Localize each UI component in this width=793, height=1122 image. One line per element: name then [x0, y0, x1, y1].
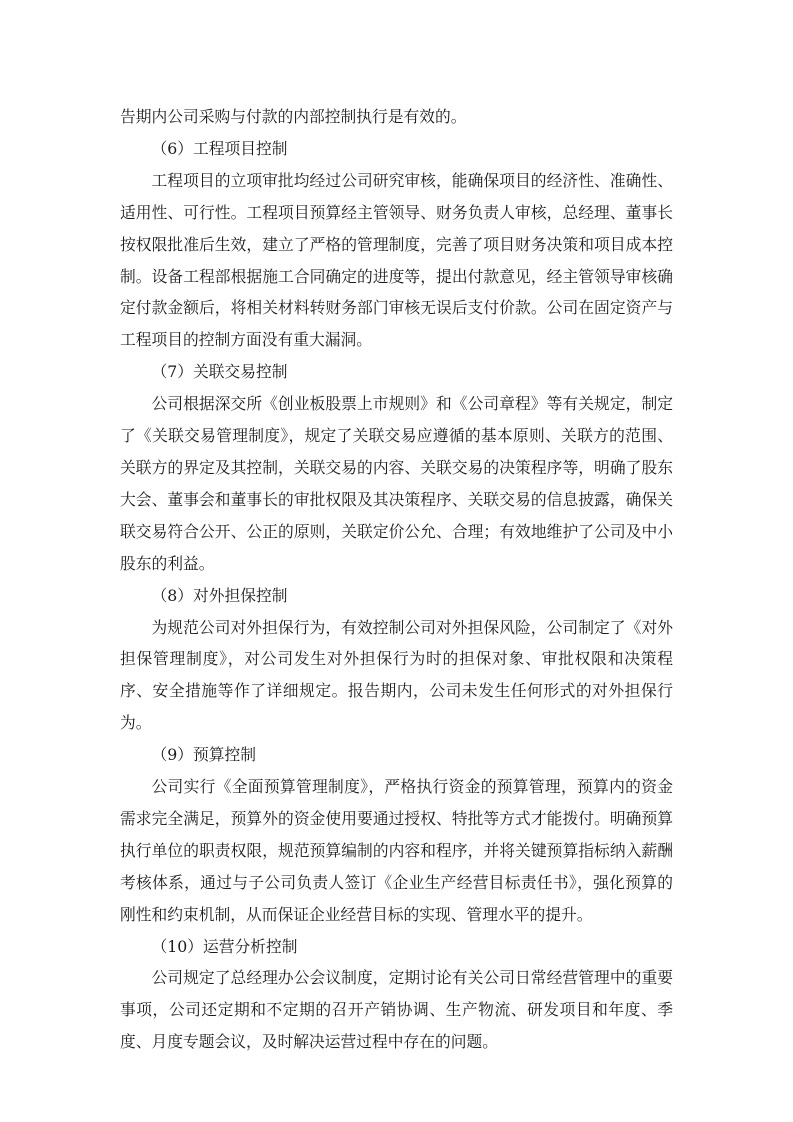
paragraph-operations-analysis: 公司规定了总经理办公会议制度，定期讨论有关公司日常经营管理中的重要事项，公司还定…	[120, 962, 673, 1058]
paragraph-external-guarantees: 为规范公司对外担保行为，有效控制公司对外担保风险，公司制定了《对外担保管理制度》…	[120, 612, 673, 740]
paragraph-engineering-projects: 工程项目的立项审批均经过公司研究审核，能确保项目的经济性、准确性、适用性、可行性…	[120, 165, 673, 356]
section-heading-related-transactions: （7）关联交易控制	[120, 356, 673, 388]
section-heading-engineering-projects: （6）工程项目控制	[120, 133, 673, 165]
paragraph-budget-control: 公司实行《全面预算管理制度》，严格执行资金的预算管理，预算内的资金需求完全满足，…	[120, 771, 673, 931]
paragraph-related-transactions: 公司根据深交所《创业板股票上市规则》和《公司章程》等有关规定，制定了《关联交易管…	[120, 388, 673, 579]
document-page: 告期内公司采购与付款的内部控制执行是有效的。 （6）工程项目控制 工程项目的立项…	[120, 101, 673, 1058]
section-heading-external-guarantees: （8）对外担保控制	[120, 580, 673, 612]
section-heading-budget-control: （9）预算控制	[120, 739, 673, 771]
section-heading-operations-analysis: （10）运营分析控制	[120, 931, 673, 963]
paragraph-continuation: 告期内公司采购与付款的内部控制执行是有效的。	[120, 101, 673, 133]
